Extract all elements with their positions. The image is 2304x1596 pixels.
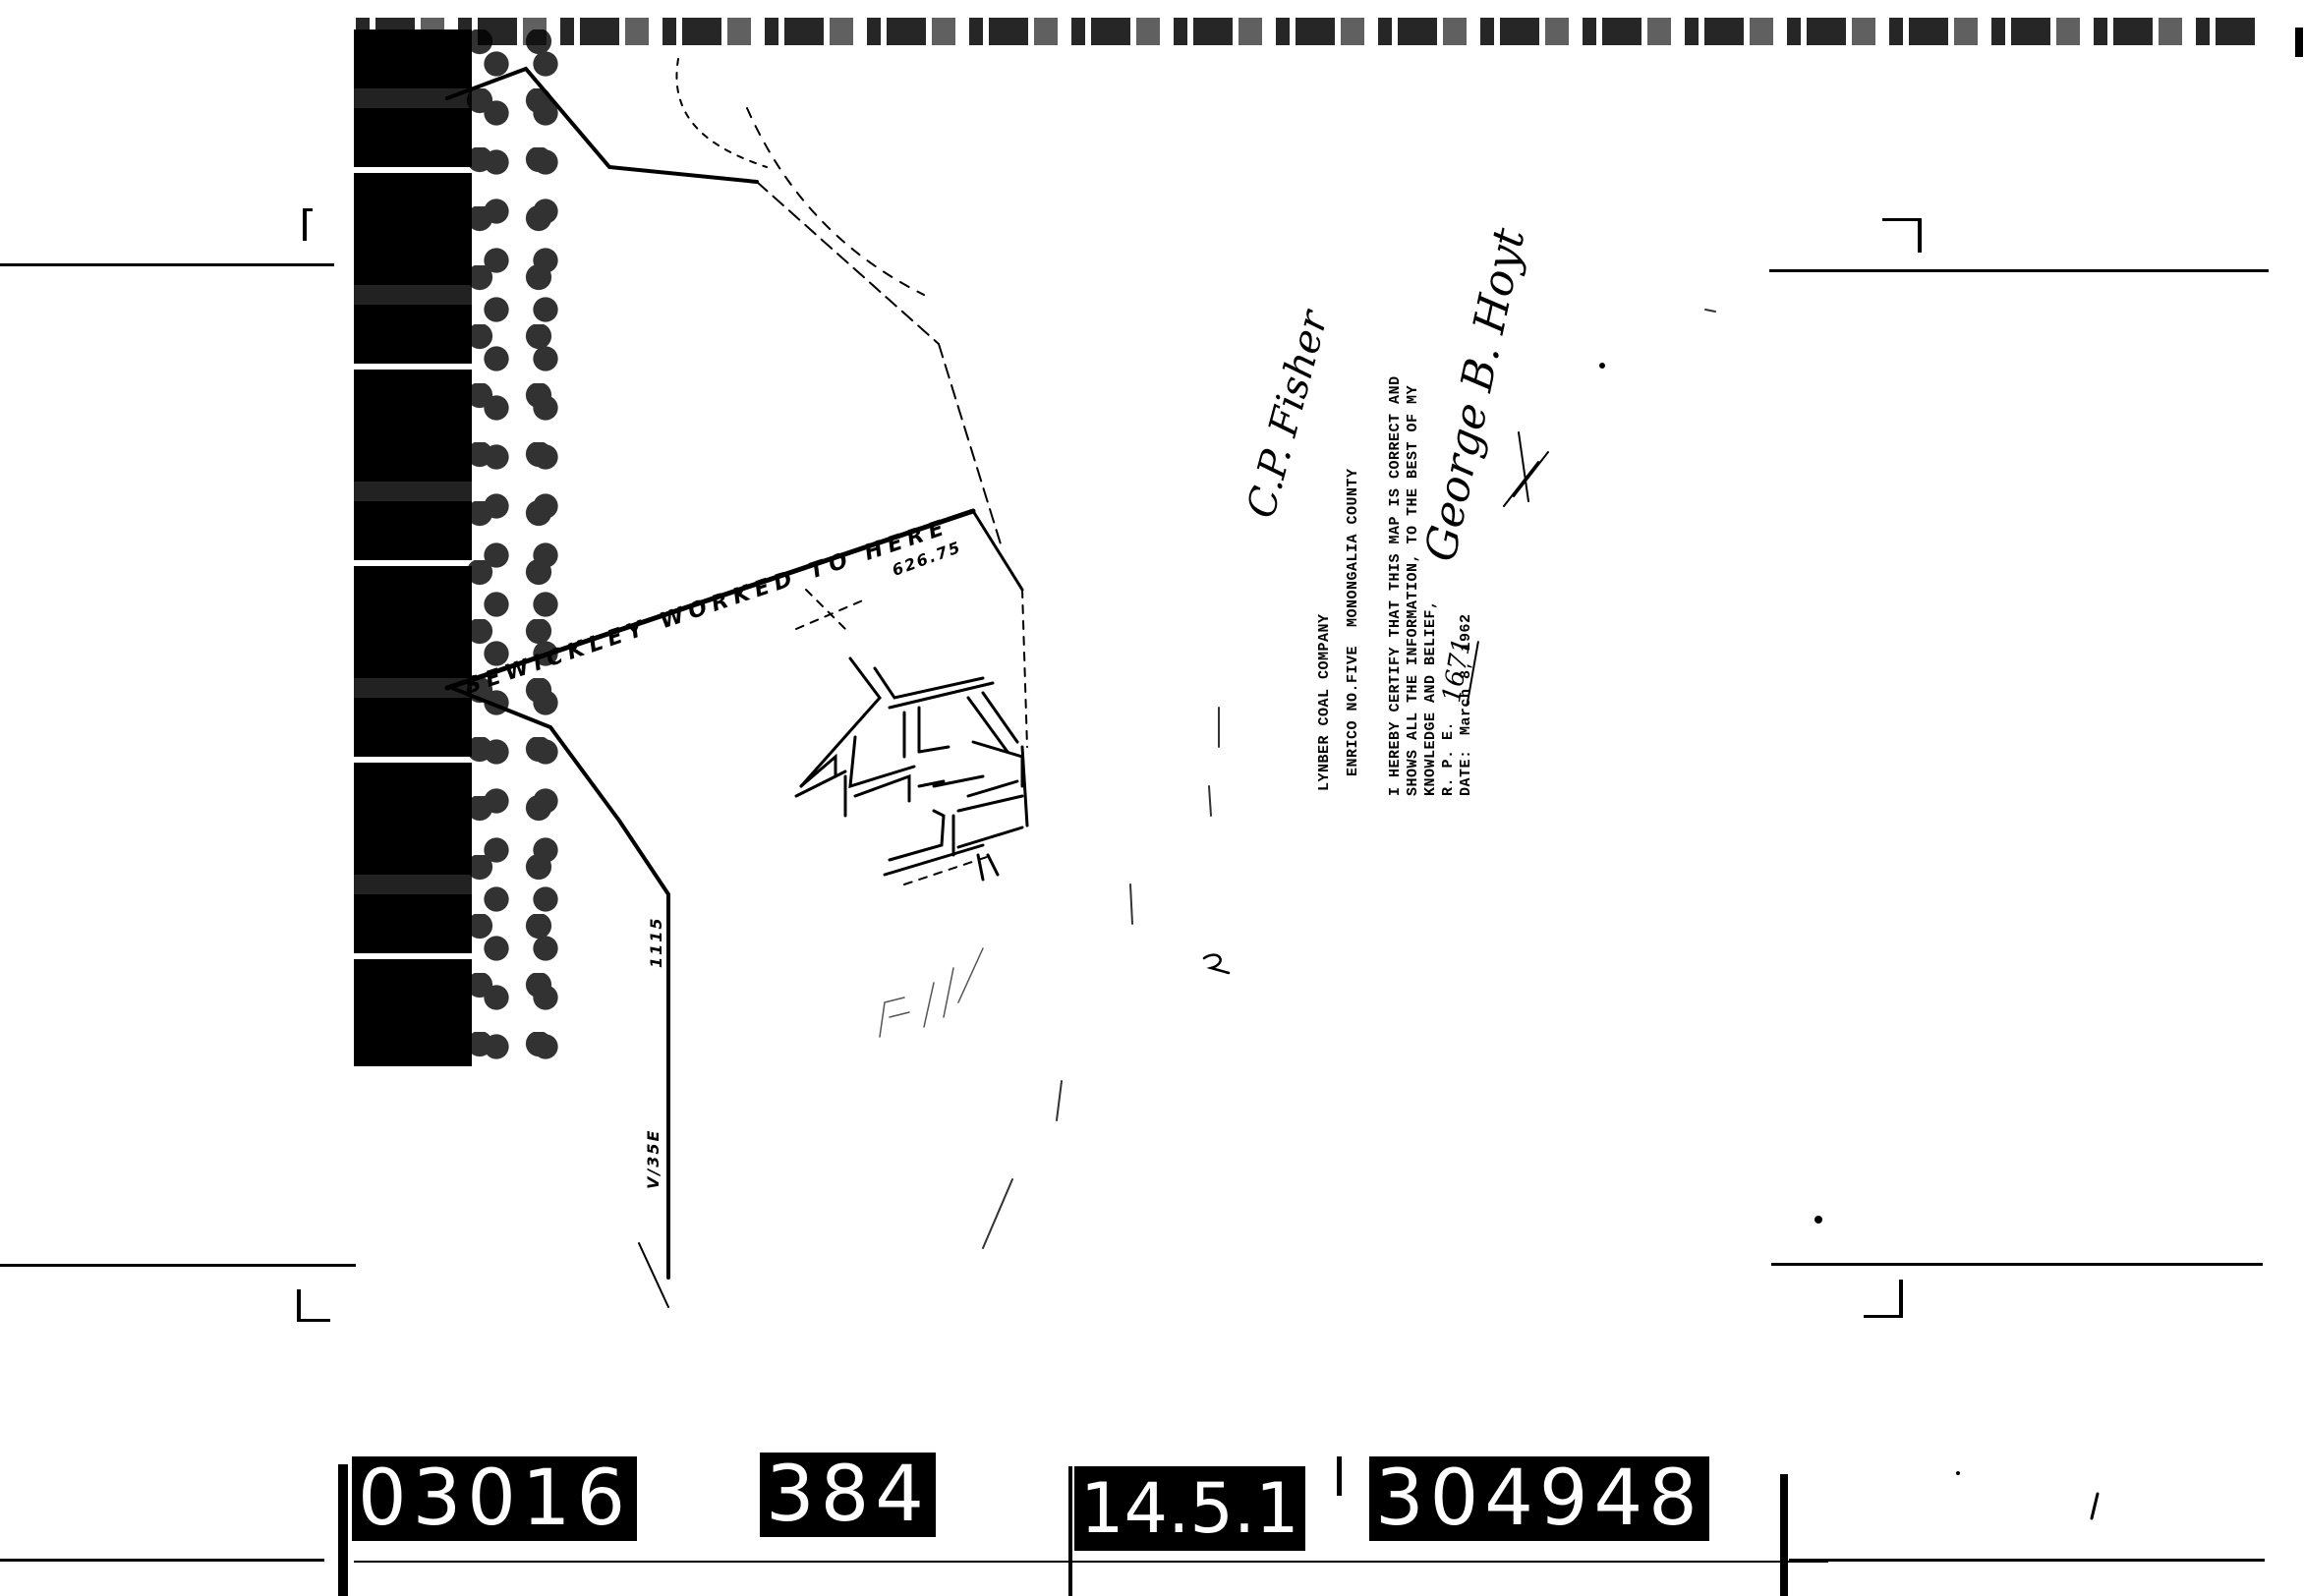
cert-statement-line1: I HEREBY CERTIFY THAT THIS MAP IS CORREC… — [1386, 375, 1405, 796]
date-label: DATE: — [1457, 749, 1475, 796]
card-divider-1 — [338, 1464, 348, 1596]
bearing-lower-label: V/35E — [644, 1129, 662, 1189]
rpe-label: R. P. E. — [1439, 721, 1458, 796]
card-divider-2 — [1068, 1466, 1072, 1596]
map-linework — [0, 0, 2304, 1596]
card-divider-4 — [1780, 1474, 1788, 1596]
card-field-1: 03016 — [352, 1456, 637, 1541]
date-value: March 8, 1962 — [1457, 613, 1475, 735]
card-field-4: 304948 — [1369, 1456, 1709, 1541]
card-field-3: 14.5.1 — [1074, 1466, 1305, 1551]
cert-statement-line2: SHOWS ALL THE INFORMATION, TO THE BEST O… — [1404, 385, 1422, 796]
card-divider-3 — [1337, 1456, 1342, 1496]
mine-name-county: ENRICO NO.FIVE MONONGALIA COUNTY — [1344, 468, 1362, 776]
card-field-2: 384 — [760, 1453, 936, 1537]
company-name: LYNBER COAL COMPANY — [1315, 613, 1334, 791]
distance-upper-label: 1115 — [647, 916, 665, 968]
